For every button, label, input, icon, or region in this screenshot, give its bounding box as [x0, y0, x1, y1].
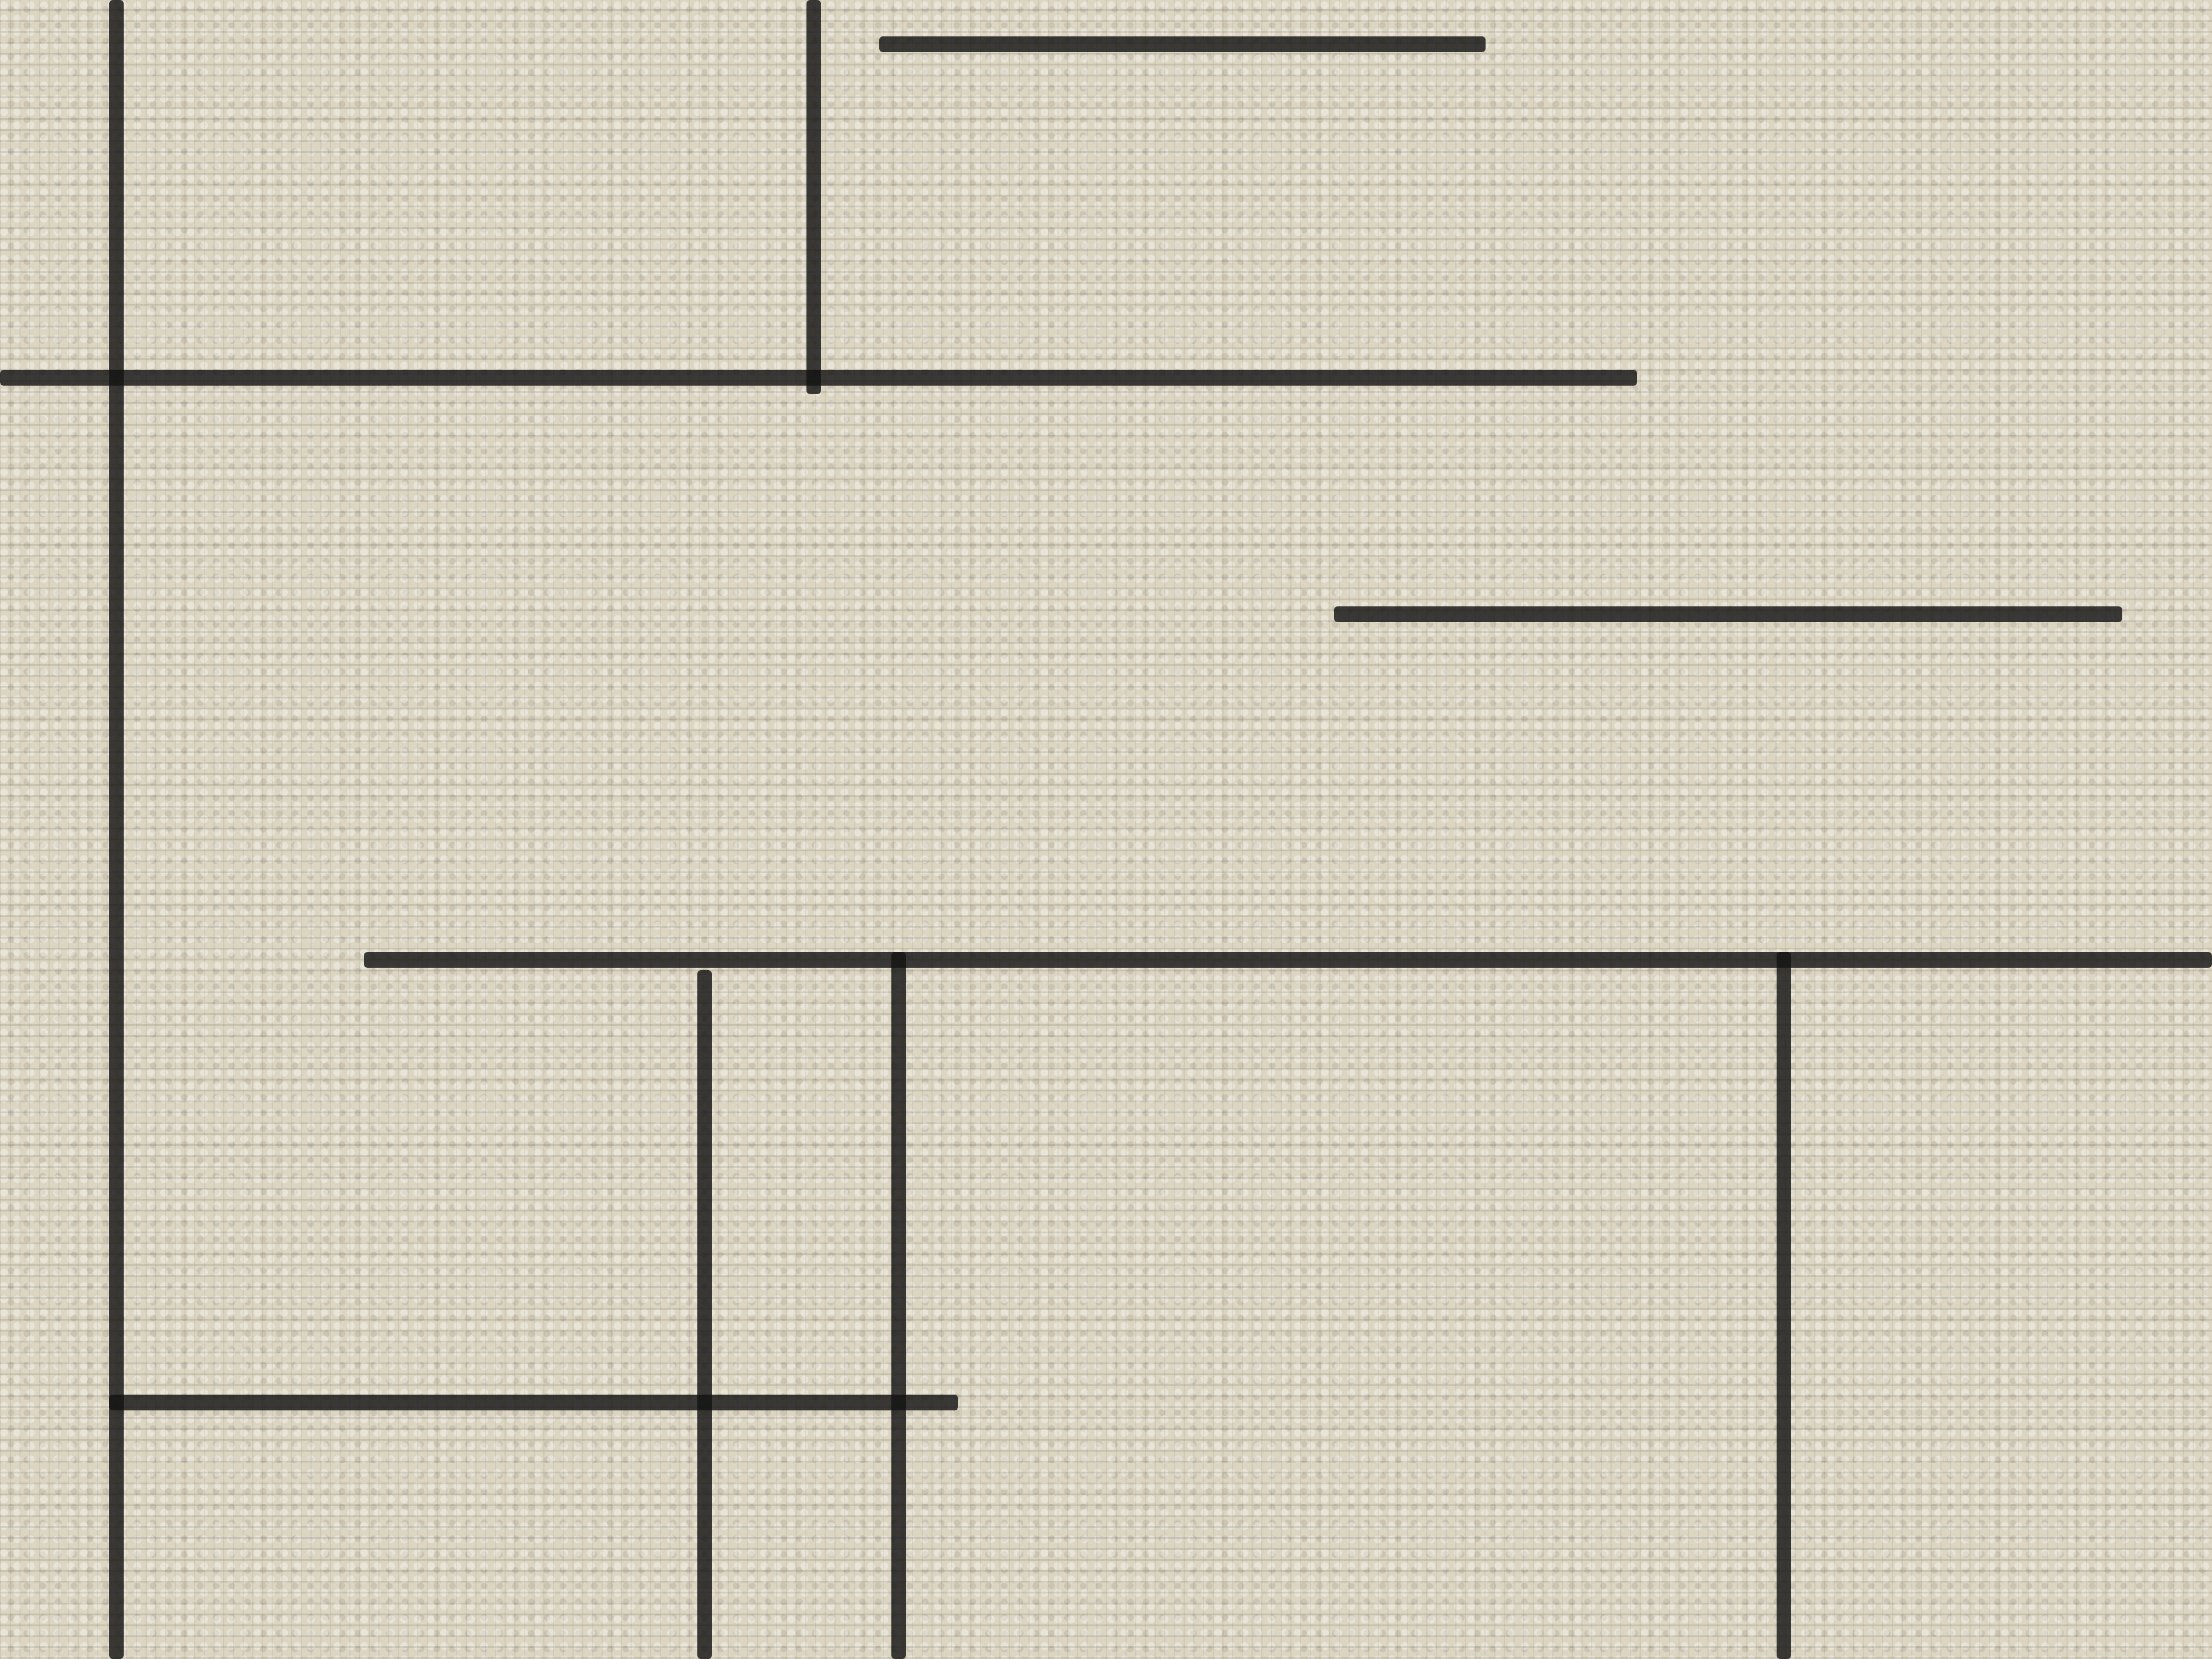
- pattern-line: [1777, 952, 1791, 1659]
- pattern-line: [1334, 606, 2122, 622]
- pattern-line: [891, 952, 906, 1659]
- rug-texture-photo: Close-up photograph of a cream/ivory loo…: [0, 0, 2212, 1659]
- pattern-line: [109, 1395, 958, 1410]
- pattern-line: [109, 0, 124, 1659]
- pattern-line: [697, 970, 712, 1659]
- pattern-line: [806, 0, 821, 394]
- pattern-line: [879, 36, 1486, 52]
- pattern-line: [364, 952, 2212, 968]
